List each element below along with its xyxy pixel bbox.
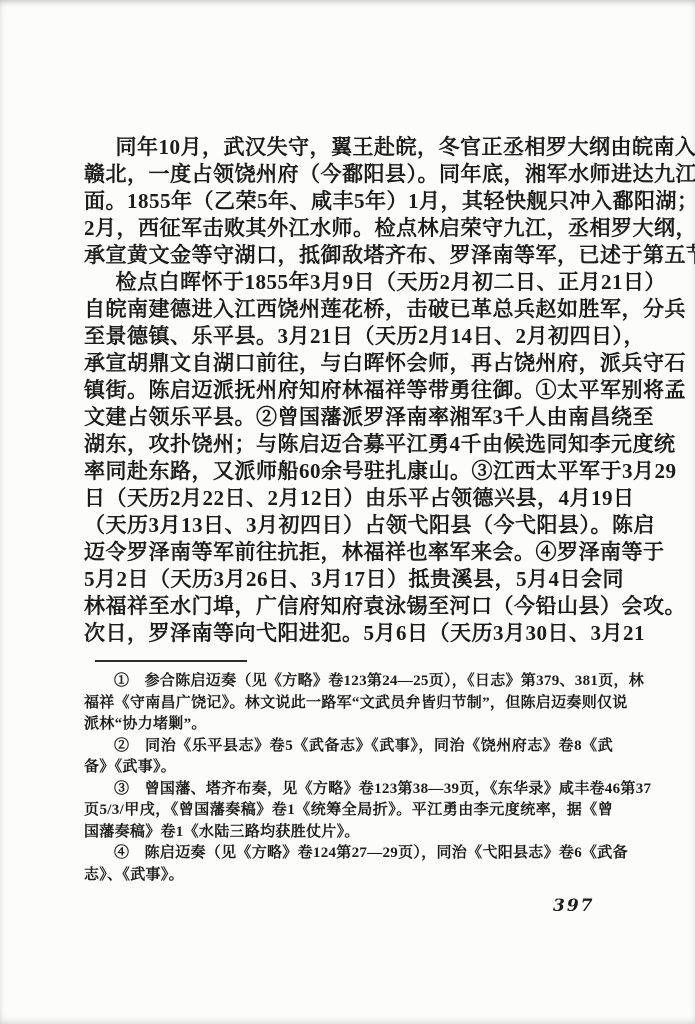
body-line: 次日，罗泽南等向弋阳进犯。5月6日（天历3月30日、3月21 <box>84 620 613 647</box>
footnote-line: ② 同治《乐平县志》卷5《武备志》《武事》，同治《饶州府志》卷8《武 <box>84 736 613 758</box>
footnote-line: 页5/3/甲戌，《曾国藩奏稿》卷1《统筹全局折》。平江勇由李元度统率，据《曾 <box>84 800 613 822</box>
body-line: 林福祥至水门埠，广信府知府袁泳锡至河口（今铅山县）会攻。 <box>84 593 613 620</box>
footnote-item-1: ① 参合陈启迈奏（见《方略》卷123第24—25页），《日志》第379、381页… <box>84 671 613 736</box>
footnote-item-4: ④ 陈启迈奏（见《方略》卷124第27—29页），同治《弋阳县志》卷6《武备 志… <box>84 843 613 886</box>
footnote-line: 志》、《武事》。 <box>84 865 613 887</box>
body-line: 湖东，攻扑饶州；与陈启迈合募平江勇4千由候选同知李元度统 <box>84 431 613 458</box>
footnote-line: 国藩奏稿》卷1《水陆三路均获胜仗片》。 <box>84 822 613 844</box>
body-line: 率同赴东路，又派师船60余号驻扎康山。③江西太平军于3月29 <box>84 458 613 485</box>
page-number: 397 <box>553 896 595 916</box>
footnote-line: ① 参合陈启迈奏（见《方略》卷123第24—25页），《日志》第379、381页… <box>84 671 613 693</box>
body-line: 承宣黄文金等守湖口，抵御敌塔齐布、罗泽南等军，已述于第五节。 <box>84 242 613 269</box>
body-paragraph-2: 检点白晖怀于1855年3月9日（天历2月初二日、正月21日） 自皖南建德进入江西… <box>84 269 613 647</box>
body-line: （天历3月13日、3月初四日）占领弋阳县（今弋阳县）。陈启 <box>84 512 613 539</box>
body-line: 承宣胡鼎文自湖口前往，与白晖怀会师，再占饶州府，派兵守石 <box>84 350 613 377</box>
footnotes: ① 参合陈启迈奏（见《方略》卷123第24—25页），《日志》第379、381页… <box>84 671 613 886</box>
body-line: 日（天历2月22日、2月12日）由乐平占领德兴县，4月19日 <box>84 485 613 512</box>
body-line: 面。1855年（乙荣5年、咸丰5年）1月，其轻快舰只冲入鄱阳湖； <box>84 188 613 215</box>
body-line: 至景德镇、乐平县。3月21日（天历2月14日、2月初四日）， <box>84 323 613 350</box>
body-paragraph-1: 同年10月，武汉失守，翼王赴皖，冬官正丞相罗大纲由皖南入 赣北，一度占领饶州府（… <box>84 134 613 269</box>
body-line: 镇街。陈启迈派抚州府知府林福祥等带勇往御。①太平军别将孟 <box>84 377 613 404</box>
footnote-line: ④ 陈启迈奏（见《方略》卷124第27—29页），同治《弋阳县志》卷6《武备 <box>84 843 613 865</box>
footnote-separator <box>95 660 247 662</box>
footnote-line: ③ 曾国藩、塔齐布奏，见《方略》卷123第38—39页，《东华录》咸丰卷46第3… <box>84 779 613 801</box>
text-block: 同年10月，武汉失守，翼王赴皖，冬官正丞相罗大纲由皖南入 赣北，一度占领饶州府（… <box>84 134 613 886</box>
body-line: 文建占领乐平县。②曾国藩派罗泽南率湘军3千人由南昌绕至 <box>84 404 613 431</box>
footnote-line: 派林“协力堵剿”。 <box>84 714 613 736</box>
footnote-item-3: ③ 曾国藩、塔齐布奏，见《方略》卷123第38—39页，《东华录》咸丰卷46第3… <box>84 779 613 844</box>
body-line: 迈令罗泽南等军前往抗拒，林福祥也率军来会。④罗泽南等于 <box>84 539 613 566</box>
body-line: 2月，西征军击败其外江水师。检点林启荣守九江，丞相罗大纲， <box>84 215 613 242</box>
book-page: 同年10月，武汉失守，翼王赴皖，冬官正丞相罗大纲由皖南入 赣北，一度占领饶州府（… <box>0 0 695 1024</box>
footnote-line: 福祥《守南昌广饶记》。林文说此一路军“文武员弁皆归节制”，但陈启迈奏则仅说 <box>84 693 613 715</box>
body-line: 检点白晖怀于1855年3月9日（天历2月初二日、正月21日） <box>84 269 613 296</box>
footnote-line: 备》《武事》。 <box>84 757 613 779</box>
body-line: 赣北，一度占领饶州府（今鄱阳县）。同年底，湘军水师进达九江江 <box>84 161 613 188</box>
footnote-item-2: ② 同治《乐平县志》卷5《武备志》《武事》，同治《饶州府志》卷8《武 备》《武事… <box>84 736 613 779</box>
body-line: 5月2日（天历3月26日、3月17日）抵贵溪县，5月4日会同 <box>84 566 613 593</box>
body-line: 自皖南建德进入江西饶州莲花桥，击破已革总兵赵如胜军，分兵 <box>84 296 613 323</box>
body-line: 同年10月，武汉失守，翼王赴皖，冬官正丞相罗大纲由皖南入 <box>84 134 613 161</box>
